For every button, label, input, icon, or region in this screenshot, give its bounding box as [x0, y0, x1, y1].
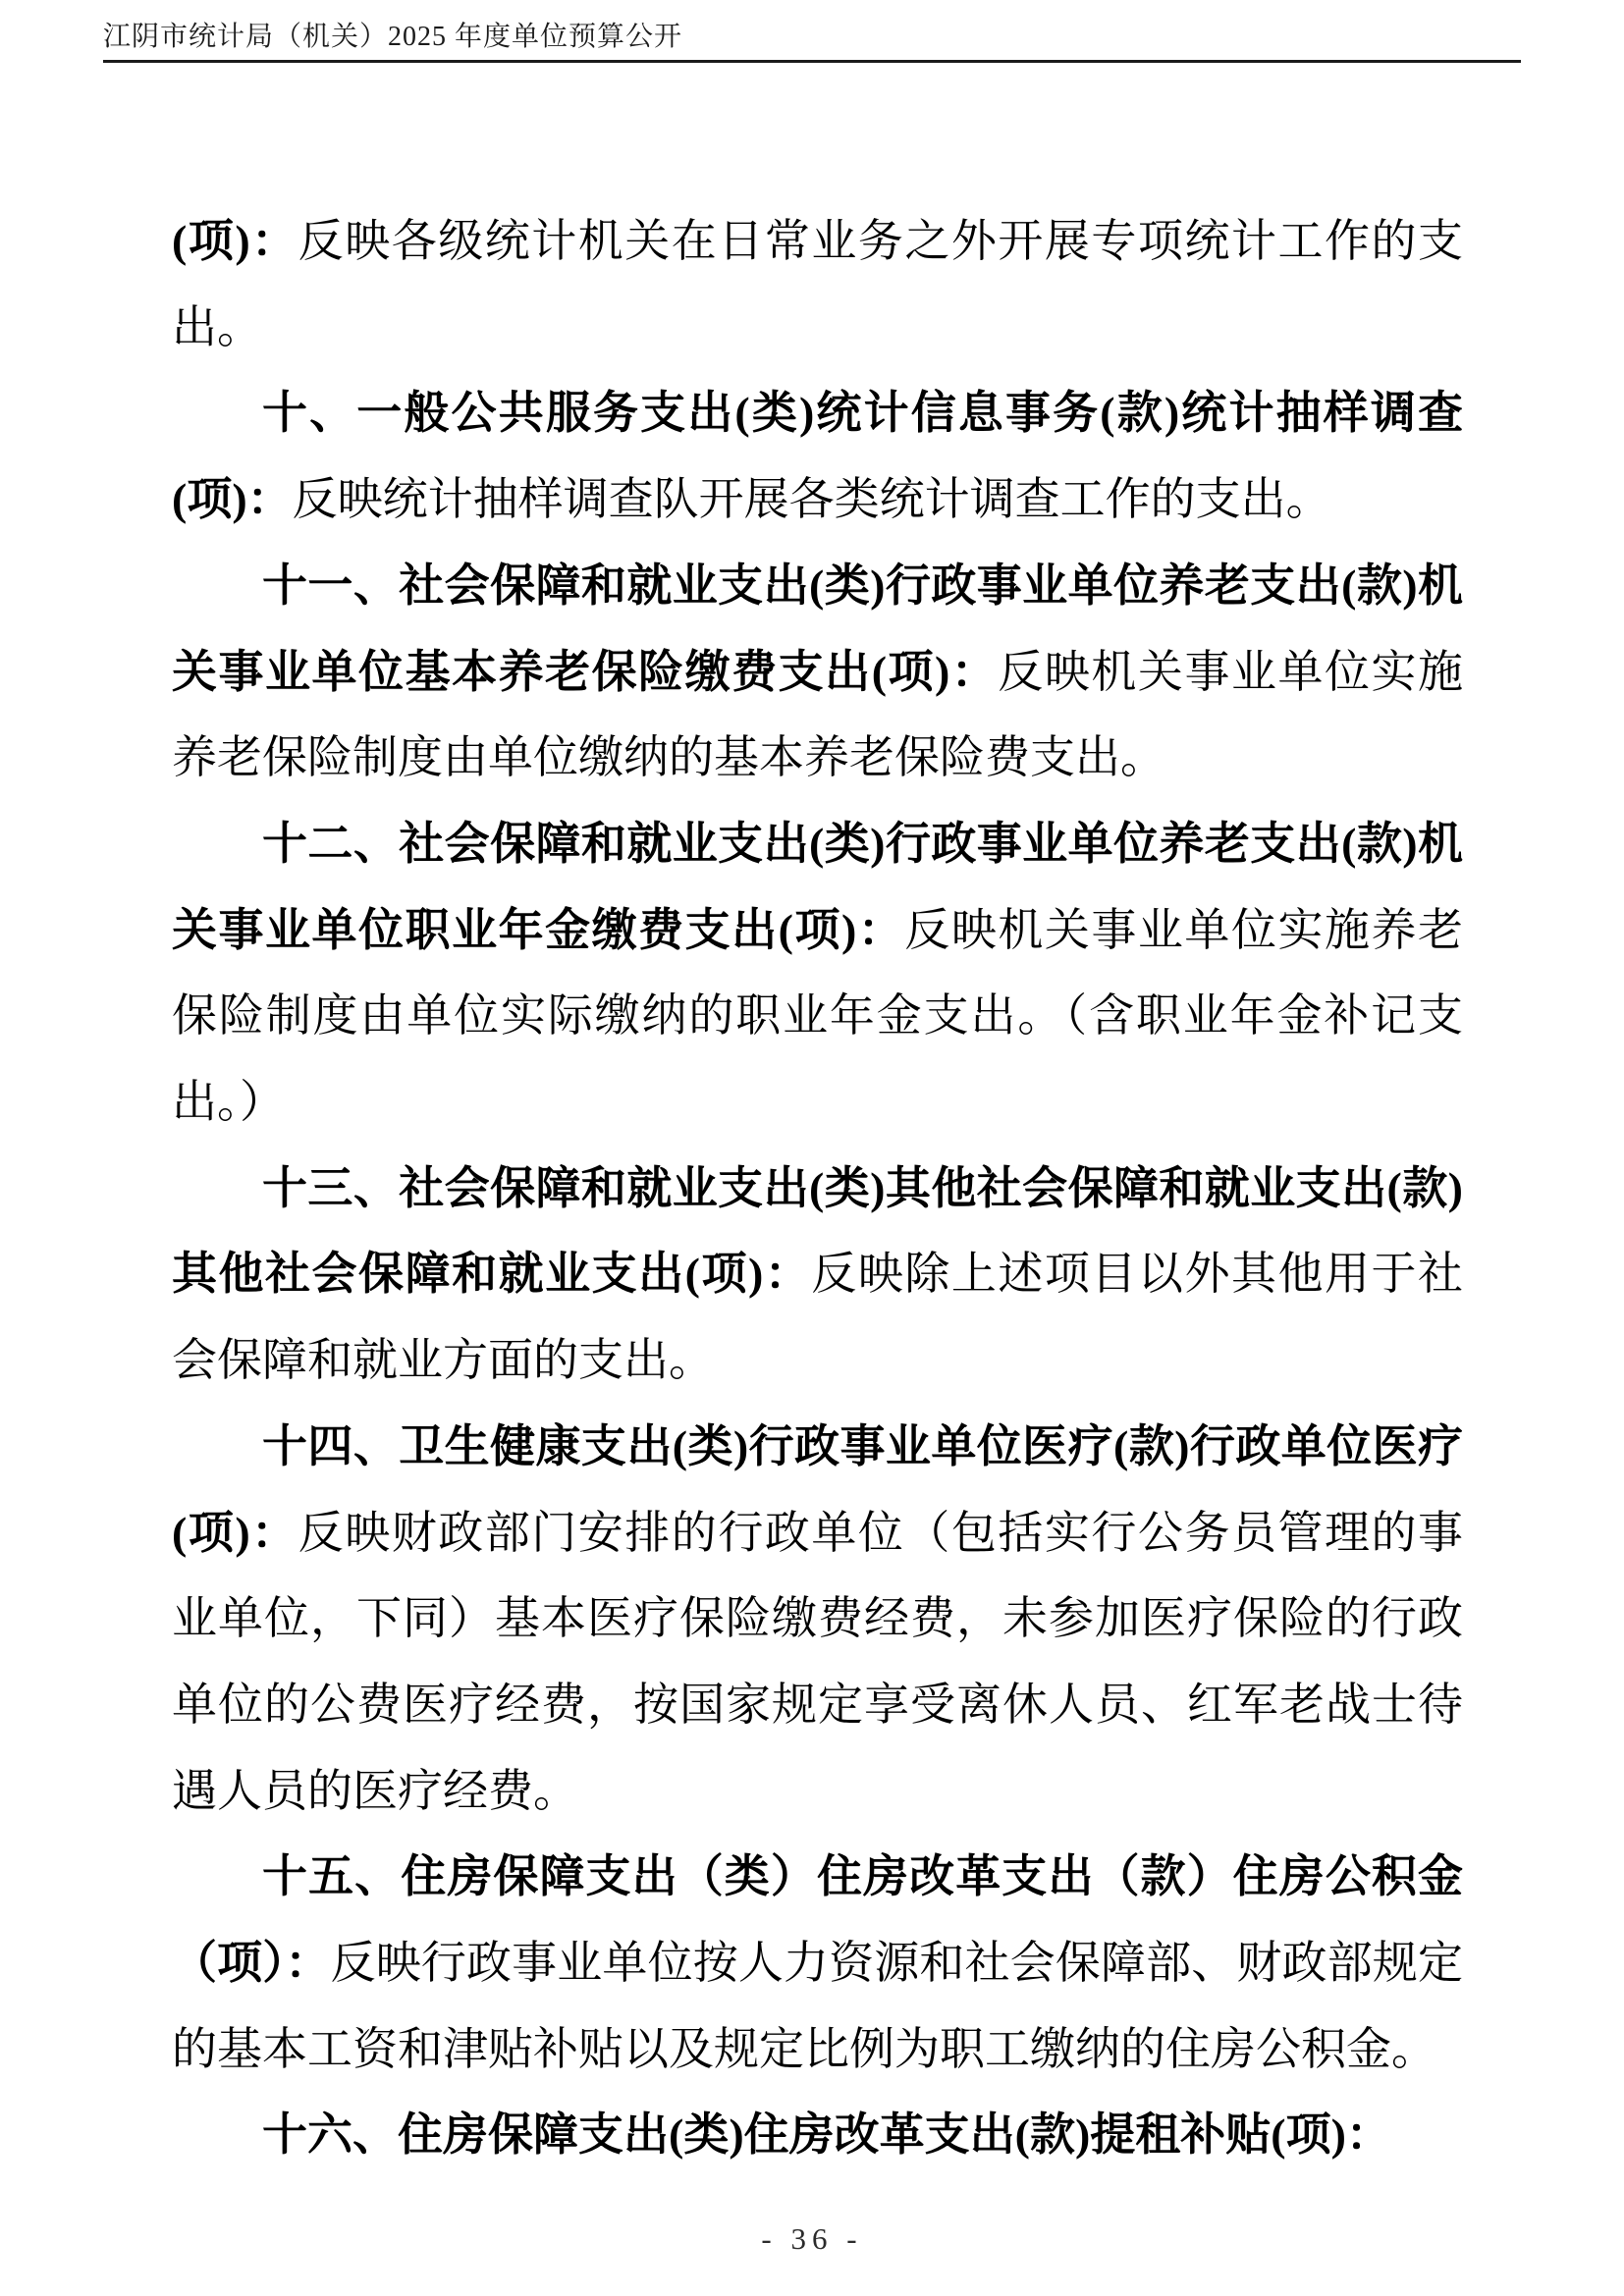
page-number: - 36 -	[761, 2221, 862, 2256]
paragraph-item13: 十三、社会保障和就业支出(类)其他社会保障和就业支出(款)其他社会保障和就业支出…	[172, 1146, 1463, 1404]
paragraph-item12: 十二、社会保障和就业支出(类)行政事业单位养老支出(款)机关事业单位职业年金缴费…	[172, 801, 1463, 1146]
budget-item-description: 反映财政部门安排的行政单位（包括实行公务员管理的事业单位，下同）基本医疗保险缴费…	[172, 1508, 1463, 1816]
paragraph-item11: 十一、社会保障和就业支出(类)行政事业单位养老支出(款)机关事业单位基本养老保险…	[172, 543, 1463, 801]
paragraph-item16: 十六、住房保障支出(类)住房改革支出(款)提租补贴(项)：	[172, 2092, 1463, 2178]
paragraph-item9-continued: (项)：反映各级统计机关在日常业务之外开展专项统计工作的支出。	[172, 198, 1463, 370]
budget-item-label: (项)：	[172, 216, 298, 266]
paragraph-item15: 十五、住房保障支出（类）住房改革支出（款）住房公积金（项）：反映行政事业单位按人…	[172, 1834, 1463, 2092]
document-page: 江阴市统计局（机关）2025 年度单位预算公开 (项)：反映各级统计机关在日常业…	[0, 0, 1624, 2296]
budget-item-description: 反映统计抽样调查队开展各类统计调查工作的支出。	[293, 474, 1331, 524]
page-header: 江阴市统计局（机关）2025 年度单位预算公开	[103, 0, 1521, 63]
budget-item-description: 反映行政事业单位按人力资源和社会保障部、财政部规定的基本工资和津贴补贴以及规定比…	[172, 1938, 1463, 2074]
header-title: 江阴市统计局（机关）2025 年度单位预算公开	[103, 22, 1521, 53]
document-body: (项)：反映各级统计机关在日常业务之外开展专项统计工作的支出。 十、一般公共服务…	[172, 198, 1463, 2178]
budget-item-description: 反映各级统计机关在日常业务之外开展专项统计工作的支出。	[172, 216, 1463, 352]
budget-item-label: 十六、住房保障支出(类)住房改革支出(款)提租补贴(项)：	[262, 2109, 1391, 2160]
paragraph-item10: 十、一般公共服务支出(类)统计信息事务(款)统计抽样调查(项)：反映统计抽样调查…	[172, 370, 1463, 542]
page-footer: - 36 -	[0, 2221, 1624, 2257]
paragraph-item14: 十四、卫生健康支出(类)行政事业单位医疗(款)行政单位医疗(项)：反映财政部门安…	[172, 1404, 1463, 1835]
